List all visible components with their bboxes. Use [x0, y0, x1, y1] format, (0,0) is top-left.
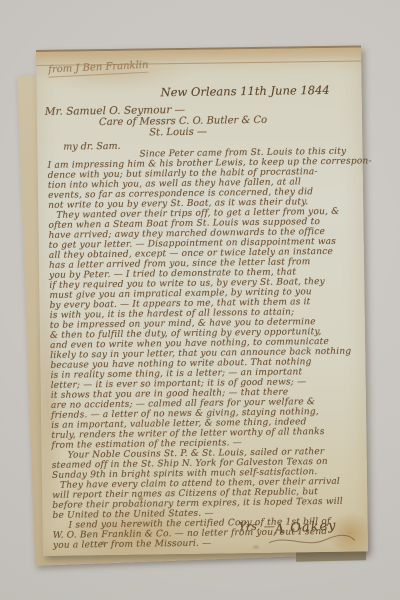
closing-word: Yrs. — [239, 520, 275, 534]
signature-flourish-icon [267, 532, 357, 549]
addressee-city: St. Louis — [149, 127, 207, 139]
letter-body: Since Peter came from St. Louis to this … [47, 147, 361, 551]
dateline: New Orleans 11th June 1844 [161, 83, 330, 99]
letter-paper: from J Ben Franklin New Orleans 11th Jun… [36, 45, 368, 555]
photo-background: from J Ben Franklin New Orleans 11th Jun… [0, 0, 400, 600]
